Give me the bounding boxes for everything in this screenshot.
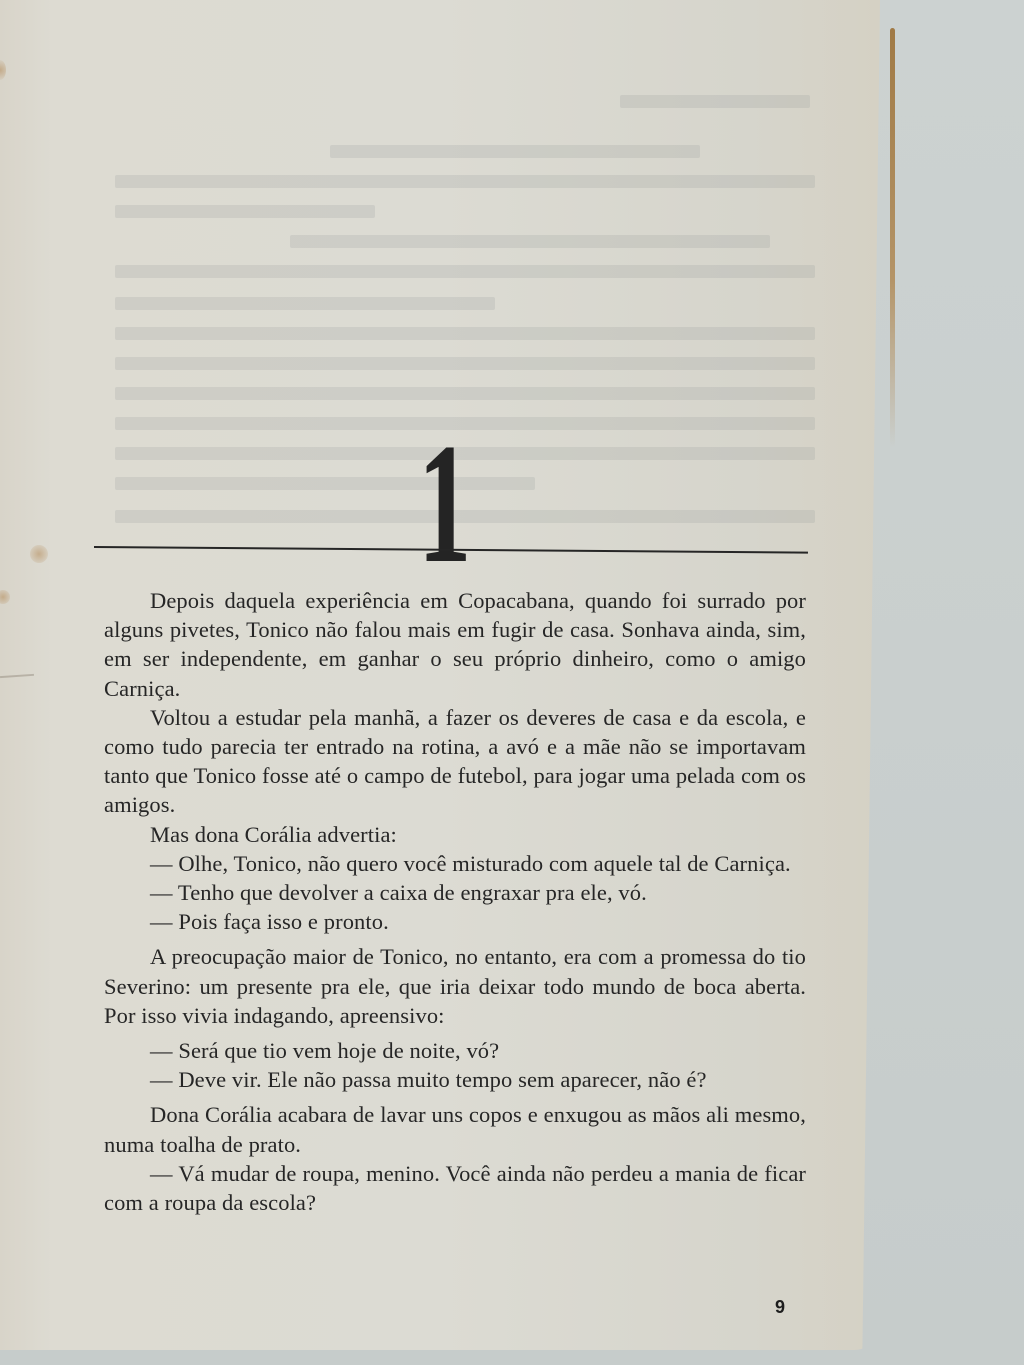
- show-through-line: [115, 327, 815, 340]
- show-through-line: [115, 205, 375, 218]
- paragraph: Depois daquela experiência em Copacabana…: [104, 586, 806, 703]
- paragraph: Voltou a estudar pela manhã, a fazer os …: [104, 703, 806, 820]
- dialogue-line: — Vá mudar de roupa, menino. Você ainda …: [104, 1159, 806, 1217]
- dialogue-line: — Olhe, Tonico, não quero você misturado…: [104, 849, 806, 878]
- page-crease: [0, 674, 34, 678]
- show-through-line: [330, 145, 700, 158]
- show-through-line: [115, 175, 815, 188]
- book-page: 1 Depois daquela experiência em Copacaba…: [0, 0, 880, 1350]
- show-through-line: [115, 387, 815, 400]
- paper-stain: [30, 545, 48, 563]
- page-edge-shadow: [890, 28, 895, 448]
- dialogue-line: — Deve vir. Ele não passa muito tempo se…: [104, 1065, 806, 1094]
- paper-stain: [0, 60, 6, 80]
- dialogue-line: — Pois faça isso e pronto.: [104, 907, 806, 936]
- dialogue-line: — Tenho que devolver a caixa de engraxar…: [104, 878, 806, 907]
- show-through-line: [115, 357, 815, 370]
- paragraph: A preocupação maior de Tonico, no entant…: [104, 942, 806, 1030]
- paper-stain: [0, 590, 10, 604]
- show-through-line: [620, 95, 810, 108]
- paragraph: Mas dona Corália advertia:: [104, 820, 806, 849]
- show-through-line: [115, 265, 815, 278]
- show-through-line: [115, 297, 495, 310]
- paragraph: Dona Corália acabara de lavar uns copos …: [104, 1100, 806, 1158]
- show-through-line: [115, 477, 535, 490]
- body-text: Depois daquela experiência em Copacabana…: [104, 586, 806, 1217]
- show-through-line: [290, 235, 770, 248]
- page-number: 9: [775, 1297, 785, 1318]
- dialogue-line: — Será que tio vem hoje de noite, vó?: [104, 1036, 806, 1065]
- chapter-number: 1: [418, 418, 471, 590]
